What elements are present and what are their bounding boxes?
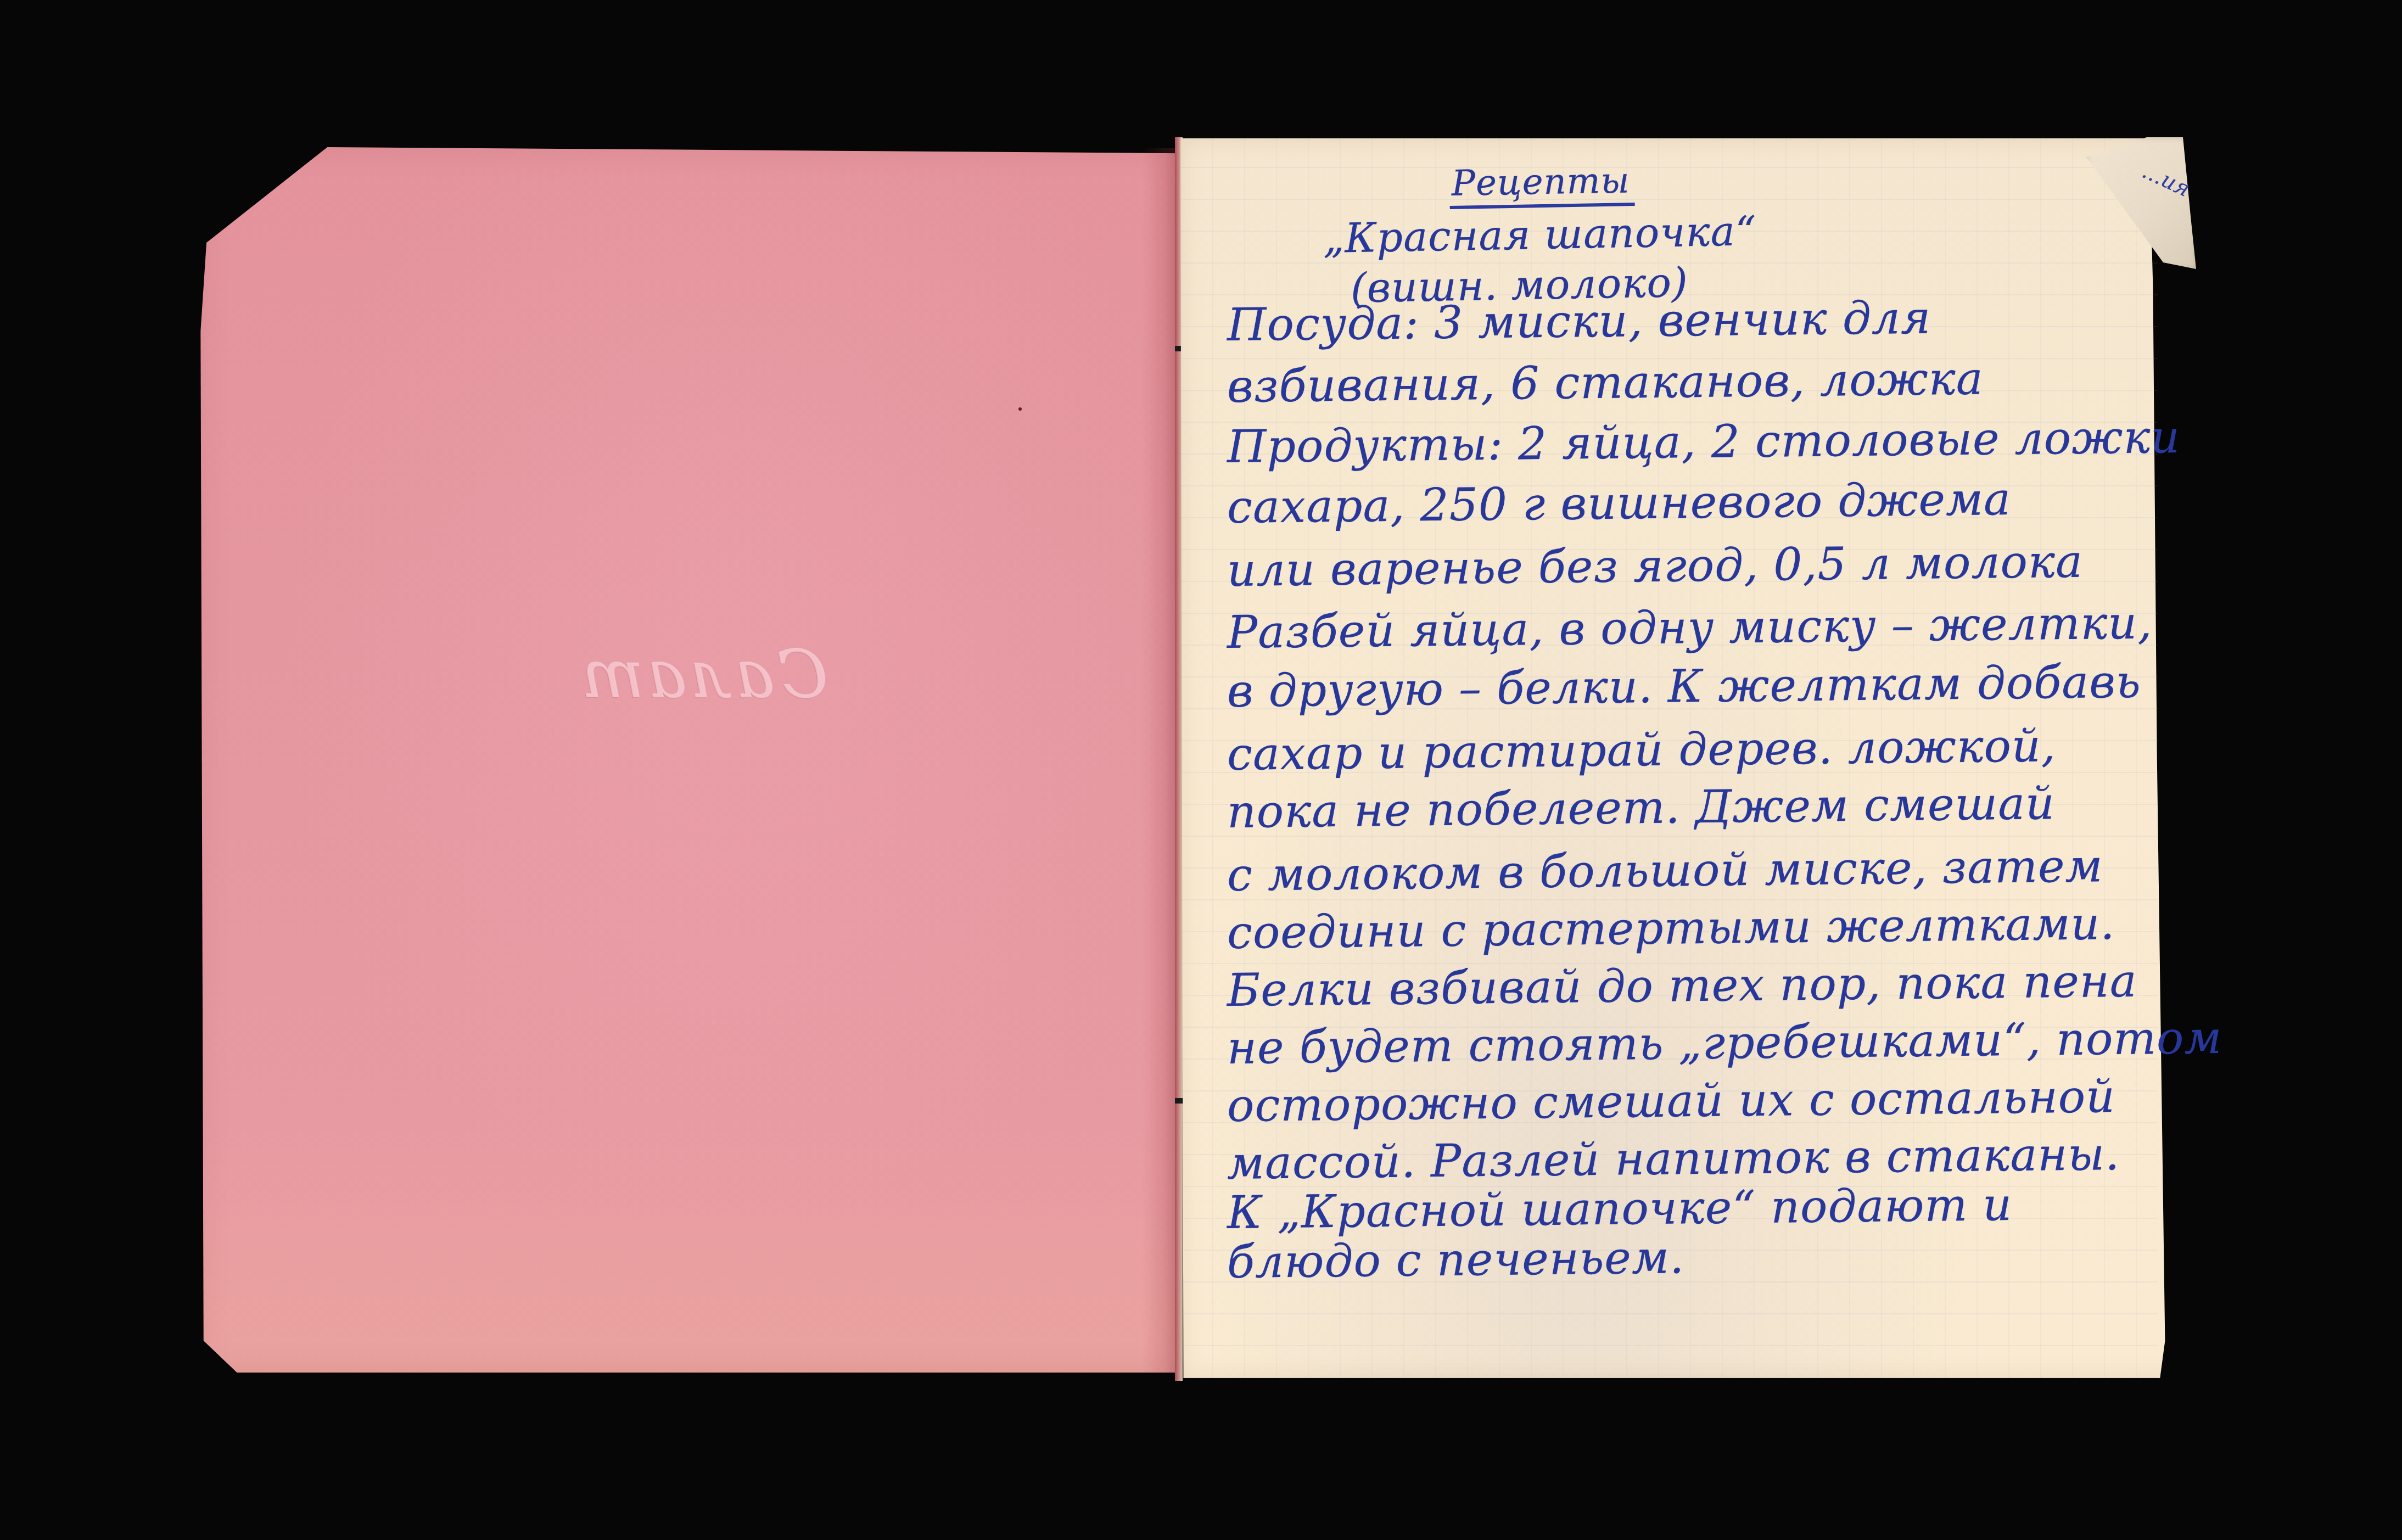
notebook-cover-pink — [198, 147, 1180, 1373]
recipe-line: Продукты: 2 яйца, 2 столовые ложки — [1227, 407, 2180, 478]
recipe-section-heading: Рецепты — [1449, 159, 1634, 209]
recipe-line: или варенье без ягод, 0,5 л молока — [1227, 532, 2083, 601]
recipe-line: сахара, 250 г вишневого джема — [1227, 469, 2011, 538]
recipe-line: блюдо с печеньем. — [1227, 1228, 1684, 1293]
recipe-line: Посуда: 3 миски, венчик для — [1227, 288, 1931, 356]
recipe-line: Разбей яйца, в одну миску – желтки, — [1227, 593, 2152, 663]
recipe-line: пока не побелеет. Джем смешай — [1227, 774, 2055, 843]
cover-speck — [1018, 407, 1022, 411]
recipe-line: взбивания, 6 стаканов, ложка — [1227, 349, 1984, 417]
recipe-title: „Красная шапочка“ — [1323, 204, 1757, 266]
recipe-line: в другую – белки. К желткам добавь — [1227, 652, 2141, 722]
cover-embossed-text: Салат — [527, 631, 878, 719]
staple-bottom — [1175, 1098, 1183, 1104]
